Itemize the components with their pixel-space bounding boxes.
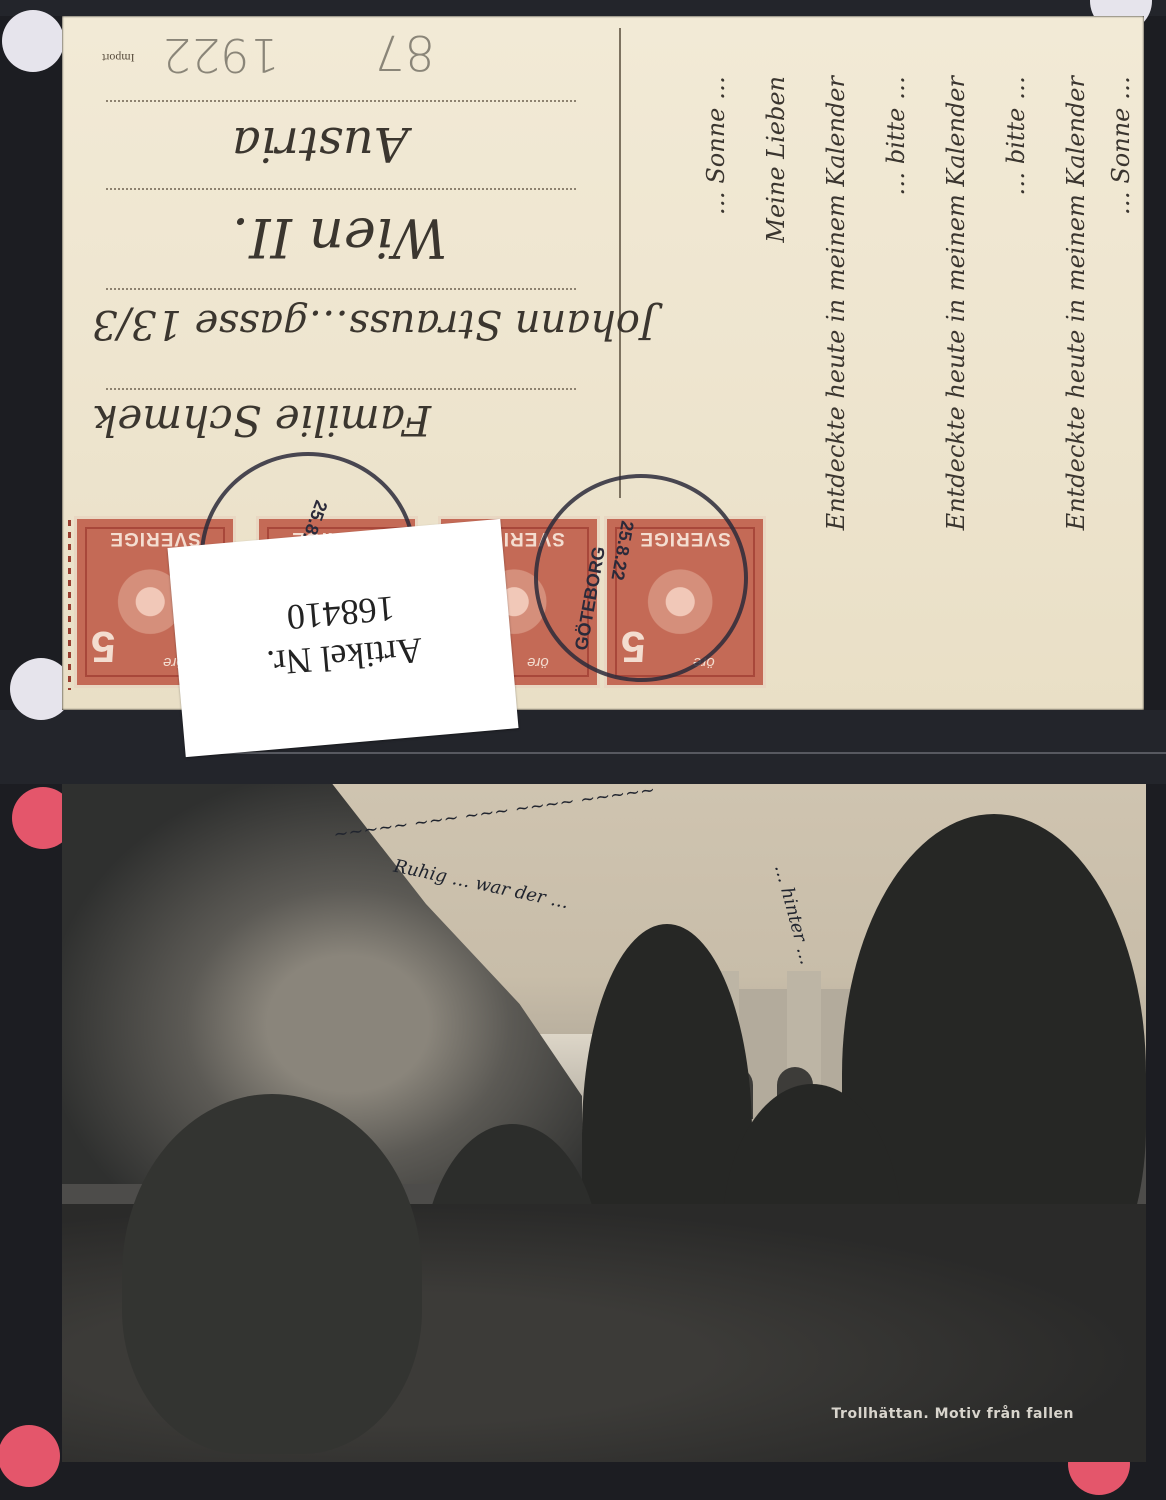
message-line: Entdeckte heute in meinem Kalender <box>822 76 850 530</box>
address-city: Wien II. <box>232 206 448 269</box>
pencil-year: 1922 <box>162 28 279 82</box>
punch-hole-white <box>2 10 64 72</box>
message-line: … Sonne … <box>1107 76 1135 215</box>
perforation <box>68 520 71 690</box>
import-label: Import <box>102 50 135 65</box>
address-country: Austria <box>232 116 408 172</box>
postcard-front-photo: ~~~~~ ~~~ ~~~ ~~~~ ~~~~~ Ruhig … war der… <box>62 784 1146 1462</box>
photo-tree <box>122 1094 422 1454</box>
message-line: Meine Lieben <box>762 76 790 243</box>
message-line: … bitte … <box>1002 76 1030 196</box>
postmark-circle <box>534 474 748 682</box>
album-sleeve-top <box>0 0 1166 16</box>
album-sleeve-middle <box>0 710 1166 784</box>
article-number-label: Artikel Nr. 168410 <box>167 519 518 757</box>
punch-hole-red <box>0 1425 60 1487</box>
pencil-number: 87 <box>374 24 435 80</box>
divider-line <box>619 28 621 498</box>
message-line: … bitte … <box>882 76 910 196</box>
address-line <box>106 188 576 190</box>
message-line: … Sonne … <box>702 76 730 215</box>
address-line <box>106 288 576 290</box>
message-line: Entdeckte heute in meinem Kalender <box>1062 76 1090 530</box>
message-line: Entdeckte heute in meinem Kalender <box>942 76 970 530</box>
address-name: Familie Schmek <box>92 396 431 445</box>
address-street: Johann Strauss…gasse 13/3 <box>92 301 656 347</box>
address-line <box>106 388 576 390</box>
sleeve-edge-line <box>195 752 1166 754</box>
address-line <box>106 100 576 102</box>
photo-caption: Trollhättan. Motiv från fallen <box>832 1406 1074 1422</box>
